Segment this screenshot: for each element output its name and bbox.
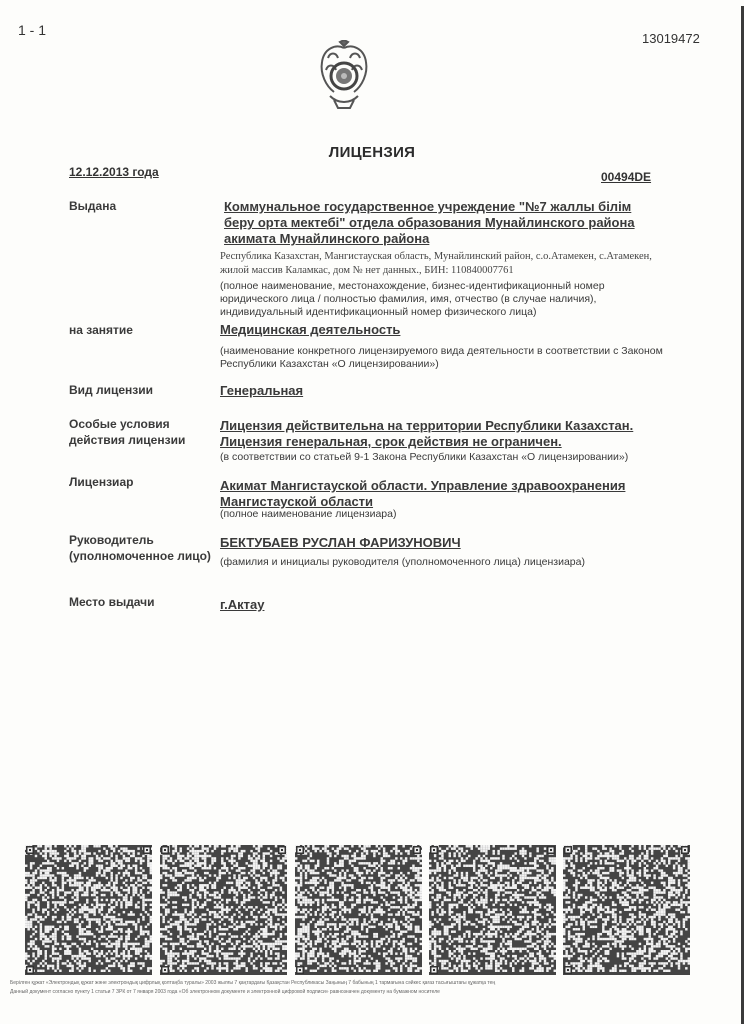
issued-to-address: Республика Казахстан, Мангистауская обла… [220, 250, 665, 278]
document-id: 13019472 [642, 31, 700, 46]
issue-date: 12.12.2013 года [69, 165, 159, 179]
footer-note-ru: Данный документ согласно пункту 1 статьи… [10, 989, 730, 995]
state-emblem-icon [316, 40, 372, 112]
label-activity: на занятие [69, 322, 133, 338]
activity-value: Медицинская деятельность [220, 322, 660, 338]
document-title: ЛИЦЕНЗИЯ [0, 144, 744, 161]
label-issued-to: Выдана [69, 198, 116, 214]
special-conditions-note: (в соответствии со статьей 9-1 Закона Ре… [220, 451, 665, 464]
issued-to-value: Коммунальное государственное учреждение … [224, 199, 664, 247]
label-license-type: Вид лицензии [69, 382, 153, 398]
license-type-value: Генеральная [220, 383, 660, 399]
qr-code-icon [25, 845, 152, 975]
licensor-note: (полное наименование лицензиара) [220, 508, 665, 521]
label-head-line2: (уполномоченное лицо) [69, 548, 211, 564]
label-special-conditions: Особые условия действия лицензии [69, 416, 185, 448]
license-number: 00494DE [601, 170, 651, 184]
activity-note: (наименование конкретного лицензируемого… [220, 345, 665, 371]
label-special-conditions-line2: действия лицензии [69, 432, 185, 448]
label-special-conditions-line1: Особые условия [69, 416, 185, 432]
issued-to-note: (полное наименование, местонахождение, б… [220, 280, 665, 319]
special-conditions-line2: Лицензия генеральная, срок действия не о… [220, 434, 660, 450]
label-place: Место выдачи [69, 594, 155, 610]
licensor-value: Акимат Мангистауской области. Управление… [220, 478, 640, 510]
place-value: г.Актау [220, 597, 660, 613]
qr-code-icon [295, 845, 422, 975]
qr-code-row [0, 845, 744, 977]
qr-code-icon [563, 845, 690, 975]
qr-code-icon [160, 845, 287, 975]
head-value: БЕКТУБАЕВ РУСЛАН ФАРИЗУНОВИЧ [220, 535, 660, 551]
label-licensor: Лицензиар [69, 474, 133, 490]
qr-code-icon [429, 845, 556, 975]
footer-note-kz: Берілген құжат «Электрондық құжат және э… [10, 980, 730, 986]
special-conditions-value: Лицензия действительна на территории Рес… [220, 418, 660, 450]
label-head-line1: Руководитель [69, 532, 211, 548]
page-marker: 1 - 1 [18, 22, 46, 38]
label-head: Руководитель (уполномоченное лицо) [69, 532, 211, 564]
head-note: (фамилия и инициалы руководителя (уполно… [220, 556, 665, 569]
special-conditions-line1: Лицензия действительна на территории Рес… [220, 418, 660, 434]
